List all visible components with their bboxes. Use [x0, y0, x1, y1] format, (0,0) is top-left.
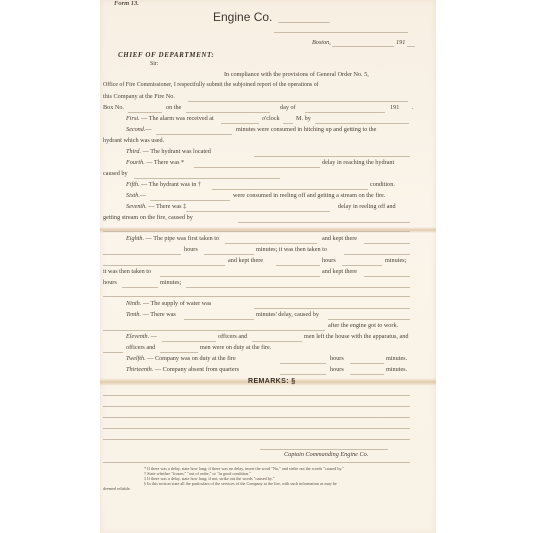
reeling-time-field[interactable] [150, 200, 230, 201]
item-label: Second. [126, 126, 145, 133]
hitching-minutes-field[interactable] [156, 134, 232, 135]
remarks-line[interactable] [103, 395, 410, 396]
item-text: — The hydrant was in † [141, 181, 201, 188]
year-field[interactable] [407, 46, 415, 47]
item-tenth: Tenth. — There was [126, 311, 176, 318]
pipe-extra-field[interactable] [186, 287, 410, 288]
item-third: Third. — The hydrant was located [126, 148, 211, 155]
footnote-4-cont: deemed reliable. [103, 486, 131, 491]
duty-minutes-field[interactable] [350, 363, 384, 364]
item-label: Eleventh. [126, 333, 149, 340]
item-text: men were on duty at the fire. [200, 344, 271, 351]
remarks-line[interactable] [103, 417, 410, 418]
item-text: it was then taken to [103, 268, 151, 275]
item-text: getting stream on the fire, caused by [103, 214, 193, 221]
item-label: Fourth. [126, 159, 145, 166]
men-on-duty-field[interactable] [160, 352, 198, 353]
item-text: — The hydrant was located [143, 148, 211, 155]
captain-signature-field[interactable] [260, 449, 388, 450]
month-field[interactable] [305, 112, 385, 113]
item-text: — [140, 192, 146, 199]
item-text: hours [330, 366, 344, 373]
item-label: First. [126, 115, 140, 122]
item-text: officers and [126, 344, 155, 351]
paper-fold-crease [100, 227, 436, 233]
hydrant-location-field[interactable] [254, 156, 410, 157]
duty-hours-field[interactable] [280, 363, 326, 364]
item-text: delay in reeling off and [338, 203, 396, 210]
item-fourth: Fourth. — There was * [126, 159, 184, 166]
intro-line-1: In compliance with the provisions of Gen… [224, 71, 369, 78]
intro-line-2: Office of Fire Commissioner, I respectfu… [103, 82, 319, 88]
pipe-second-location-field-b[interactable] [103, 265, 225, 266]
reeling-delay-cause-field-2[interactable] [103, 231, 410, 232]
place-label: Boston, [312, 39, 331, 46]
item-label: Tenth. [126, 311, 141, 318]
work-delay-cause-field-2[interactable] [103, 330, 325, 331]
salutation: Sir: [150, 61, 158, 67]
reeling-delay-field[interactable] [186, 211, 330, 212]
item-text: — There was [143, 311, 176, 318]
item-label: Sixth. [126, 192, 140, 199]
item-text: and kept there [322, 268, 357, 275]
item-text: minutes. [386, 366, 407, 373]
item-second: Second.— [126, 126, 152, 133]
item-text: condition. [370, 181, 395, 188]
item-text: — [145, 126, 151, 133]
reeling-delay-cause-field[interactable] [238, 222, 410, 223]
item-text: delay in reaching the hydrant [322, 159, 394, 166]
item-ninth: Ninth. — The supply of water was [126, 300, 211, 307]
pipe-third-hours-field[interactable] [364, 276, 410, 277]
remarks-line[interactable] [103, 428, 410, 429]
addressee: CHIEF OF DEPARTMENT: [118, 51, 214, 59]
pipe-extra-field-2[interactable] [103, 296, 410, 297]
work-delay-minutes-field[interactable] [184, 319, 254, 320]
pipe-first-hours-field-b[interactable] [103, 254, 181, 255]
item-text: minutes. [386, 355, 407, 362]
item-text: men left the house with the apparatus, a… [304, 333, 408, 340]
men-left-field[interactable] [252, 341, 302, 342]
pipe-third-minutes-field[interactable] [122, 287, 158, 288]
item-label: Twelfth. [126, 355, 146, 362]
item-label: Ninth. [126, 300, 141, 307]
absent-minutes-field[interactable] [350, 374, 384, 375]
item-text: and kept there [228, 257, 263, 264]
item-label: Third. [126, 148, 141, 155]
pipe-second-minutes-field[interactable] [342, 265, 382, 266]
item-twelfth: Twelfth. — Company was on duty at the fi… [126, 355, 236, 362]
engine-co-location-field[interactable] [274, 32, 408, 33]
year-label-2: 191 [390, 104, 399, 111]
item-text: hours [184, 246, 198, 253]
year-label: 191 [396, 39, 405, 46]
pipe-second-location-field-a[interactable] [344, 254, 410, 255]
day-field[interactable] [186, 112, 270, 113]
hydrant-delay-cause-field[interactable] [134, 178, 280, 179]
item-text: — Company was on duty at the fire [147, 355, 236, 362]
footnote-4: § In this section state all the particul… [144, 481, 337, 486]
form-number: Form 13. [114, 0, 139, 7]
signature-caption: Captain Commanding Engine Co. [284, 451, 368, 458]
item-text: after the engine got to work. [328, 322, 398, 329]
period: . [412, 104, 414, 111]
hydrant-delay-field[interactable] [194, 167, 320, 168]
item-text: minutes; [160, 279, 181, 286]
engine-co-number-field[interactable] [278, 22, 330, 23]
pipe-second-hours-field[interactable] [276, 265, 320, 266]
day-of-label: day of [280, 104, 296, 111]
alarm-time-field[interactable] [221, 123, 259, 124]
item-eighth: Eighth. — The pipe was first taken to [126, 235, 219, 242]
item-text: — The alarm was received at [141, 115, 214, 122]
item-label: Eighth. [126, 235, 144, 242]
item-text: hydrant which was used. [103, 137, 164, 144]
item-text: minutes were consumed in hitching up and… [236, 126, 376, 133]
item-label: Seventh. [126, 203, 147, 210]
item-text: — There was ‡ [148, 203, 186, 210]
intro-line-3: this Company at the Fire No. [103, 93, 175, 100]
water-supply-field[interactable] [254, 308, 410, 309]
item-text: were consumed in reeling off and getting… [233, 192, 385, 199]
remarks-heading: REMARKS: § [248, 378, 296, 385]
am-pm-field[interactable] [283, 123, 293, 124]
pipe-third-location-field[interactable] [160, 276, 320, 277]
oclock-label: o'clock [262, 115, 280, 122]
item-text: minutes' delay, caused by [256, 311, 319, 318]
pipe-first-hours-field-a[interactable] [364, 243, 410, 244]
item-first: First. — The alarm was received at [126, 115, 214, 122]
box-number-field[interactable] [128, 112, 162, 113]
item-label: Fifth. [126, 181, 140, 188]
report-form-page: Form 13. Engine Co. Boston, 191 CHIEF OF… [100, 0, 436, 533]
footnote-divider [103, 462, 410, 463]
officers-on-duty-field[interactable] [103, 352, 123, 353]
pipe-first-minutes-field[interactable] [204, 254, 254, 255]
item-text: — The pipe was first taken to [146, 235, 219, 242]
hydrant-condition-field[interactable] [212, 189, 368, 190]
item-text: officers and [218, 333, 247, 340]
remarks-line[interactable] [103, 439, 410, 440]
alarm-by-field[interactable] [315, 123, 409, 124]
item-thirteenth: Thirteenth. — Company absent from quarte… [126, 366, 239, 373]
pipe-first-location-field[interactable] [225, 243, 317, 244]
item-text: caused by [103, 170, 128, 177]
item-eleventh: Eleventh. — [126, 333, 157, 340]
item-seventh: Seventh. — There was ‡ [126, 203, 186, 210]
absent-hours-field[interactable] [280, 374, 326, 375]
page-title: Engine Co. [213, 10, 272, 24]
item-text: — [151, 333, 157, 340]
item-text: hours [103, 279, 117, 286]
m-by-label: M. by [296, 115, 311, 122]
item-label: Thirteenth. [126, 366, 153, 373]
remarks-line[interactable] [103, 406, 410, 407]
item-text: minutes; it was then taken to [256, 246, 327, 253]
date-field[interactable] [332, 46, 394, 47]
item-text: — There was * [146, 159, 184, 166]
item-text: — Company absent from quarters [155, 366, 239, 373]
item-text: hours [322, 257, 336, 264]
officers-left-field[interactable] [162, 341, 216, 342]
fire-number-field[interactable] [188, 101, 408, 102]
work-delay-cause-field[interactable] [328, 319, 410, 320]
item-text: minutes; [385, 257, 406, 264]
on-the-label: on the [166, 104, 181, 111]
item-fifth: Fifth. — The hydrant was in † [126, 181, 201, 188]
item-text: — The supply of water was [143, 300, 211, 307]
item-text: and kept there [322, 235, 357, 242]
item-sixth: Sixth.— [126, 192, 146, 199]
box-no-label: Box No. [103, 104, 124, 111]
item-text: hours [330, 355, 344, 362]
